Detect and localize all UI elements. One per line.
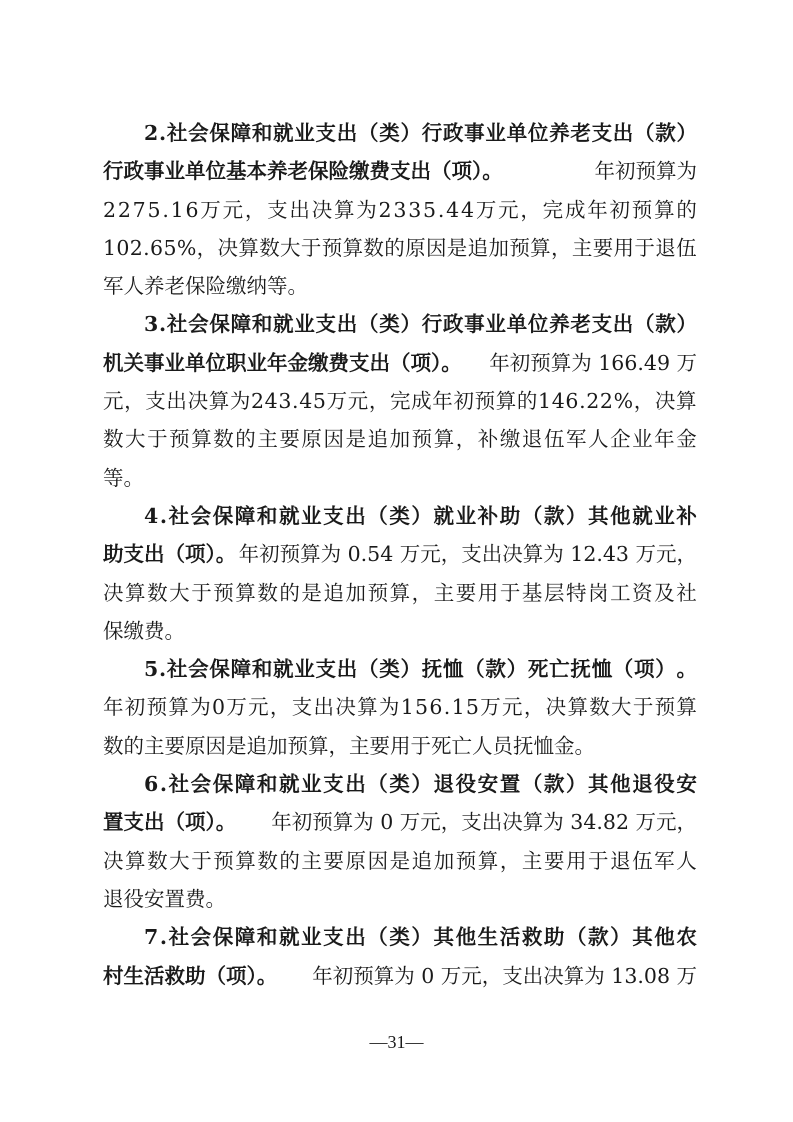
text-line: 2275.16万元，支出决算为2335.44万元，完成年初预算的: [103, 191, 697, 229]
body-text: 退役安置费。: [103, 880, 226, 918]
text-line: 102.65%，决算数大于预算数的原因是追加预算，主要用于退伍: [103, 229, 697, 267]
text-line: 2.社会保障和就业支出（类）行政事业单位养老支出（款）: [103, 114, 697, 152]
text-line: 5.社会保障和就业支出（类）抚恤（款）死亡抚恤（项）。: [103, 650, 697, 688]
text-line: 3.社会保障和就业支出（类）行政事业单位养老支出（款）: [103, 305, 697, 343]
body-text: 数的主要原因是追加预算，主要用于死亡人员抚恤金。: [103, 727, 595, 765]
text-line: 军人养老保险缴纳等。: [103, 267, 697, 305]
text-line: 行政事业单位基本养老保险缴费支出（项）。年初预算为: [103, 152, 697, 190]
body-text: 年初预算为 0.54 万元，支出决算为 12.43 万元，: [239, 535, 697, 573]
document-page: 2.社会保障和就业支出（类）行政事业单位养老支出（款） 行政事业单位基本养老保险…: [103, 114, 697, 995]
paragraph-item-5: 5.社会保障和就业支出（类）抚恤（款）死亡抚恤（项）。 年初预算为0万元，支出决…: [103, 650, 697, 765]
text-line: 数大于预算数的主要原因是追加预算，补缴退伍军人企业年金: [103, 420, 697, 458]
heading-text: 3.社会保障和就业支出（类）行政事业单位养老支出（款）: [144, 305, 697, 343]
heading-text: 4.社会保障和就业支出（类）就业补助（款）其他就业补: [144, 497, 697, 535]
heading-text: 2.社会保障和就业支出（类）行政事业单位养老支出（款）: [144, 114, 697, 152]
heading-text: 5.社会保障和就业支出（类）抚恤（款）死亡抚恤（项）。: [144, 650, 697, 688]
body-text: 年初预算为 0 万元，支出决算为 34.82 万元，: [271, 803, 697, 841]
text-line: 保缴费。: [103, 612, 697, 650]
body-text: 年初预算为0万元，支出决算为156.15万元，决算数大于预算: [103, 688, 697, 726]
body-text: 数大于预算数的主要原因是追加预算，补缴退伍军人企业年金: [103, 420, 697, 458]
heading-text: 助支出（项）。: [103, 535, 236, 573]
text-line: 4.社会保障和就业支出（类）就业补助（款）其他就业补: [103, 497, 697, 535]
paragraph-item-2: 2.社会保障和就业支出（类）行政事业单位养老支出（款） 行政事业单位基本养老保险…: [103, 114, 697, 305]
heading-text: 6.社会保障和就业支出（类）退役安置（款）其他退役安: [144, 765, 697, 803]
text-line: 决算数大于预算数的是追加预算，主要用于基层特岗工资及社: [103, 574, 697, 612]
body-text: 元，支出决算为243.45万元，完成年初预算的146.22%，决算: [103, 382, 697, 420]
text-line: 6.社会保障和就业支出（类）退役安置（款）其他退役安: [103, 765, 697, 803]
body-text: 年初预算为 166.49 万: [489, 344, 697, 382]
heading-text: 7.社会保障和就业支出（类）其他生活救助（款）其他农: [144, 918, 697, 956]
text-line: 村生活救助（项）。年初预算为 0 万元，支出决算为 13.08 万: [103, 957, 697, 995]
text-line: 7.社会保障和就业支出（类）其他生活救助（款）其他农: [103, 918, 697, 956]
text-line: 等。: [103, 459, 697, 497]
text-line: 助支出（项）。年初预算为 0.54 万元，支出决算为 12.43 万元，: [103, 535, 697, 573]
text-line: 机关事业单位职业年金缴费支出（项）。年初预算为 166.49 万: [103, 344, 697, 382]
text-line: 置支出（项）。年初预算为 0 万元，支出决算为 34.82 万元，: [103, 803, 697, 841]
heading-text: 村生活救助（项）。: [103, 957, 277, 995]
paragraph-item-6: 6.社会保障和就业支出（类）退役安置（款）其他退役安 置支出（项）。年初预算为 …: [103, 765, 697, 918]
heading-text: 置支出（项）。: [103, 803, 236, 841]
body-text: 决算数大于预算数的是追加预算，主要用于基层特岗工资及社: [103, 574, 697, 612]
paragraph-item-7: 7.社会保障和就业支出（类）其他生活救助（款）其他农 村生活救助（项）。年初预算…: [103, 918, 697, 995]
body-text: 年初预算为: [595, 152, 698, 190]
heading-text: 机关事业单位职业年金缴费支出（项）。: [103, 344, 462, 382]
text-line: 退役安置费。: [103, 880, 697, 918]
text-line: 元，支出决算为243.45万元，完成年初预算的146.22%，决算: [103, 382, 697, 420]
body-text: 军人养老保险缴纳等。: [103, 267, 308, 305]
body-text: 等。: [103, 459, 144, 497]
text-line: 年初预算为0万元，支出决算为156.15万元，决算数大于预算: [103, 688, 697, 726]
body-text: 102.65%，决算数大于预算数的原因是追加预算，主要用于退伍: [103, 229, 697, 267]
body-text: 2275.16万元，支出决算为2335.44万元，完成年初预算的: [103, 191, 697, 229]
body-text: 决算数大于预算数的主要原因是追加预算，主要用于退伍军人: [103, 842, 697, 880]
text-line: 数的主要原因是追加预算，主要用于死亡人员抚恤金。: [103, 727, 697, 765]
page-number: —31—: [0, 1032, 793, 1053]
text-line: 决算数大于预算数的主要原因是追加预算，主要用于退伍军人: [103, 842, 697, 880]
heading-text: 行政事业单位基本养老保险缴费支出（项）。: [103, 152, 503, 190]
body-text: 保缴费。: [103, 612, 185, 650]
paragraph-item-4: 4.社会保障和就业支出（类）就业补助（款）其他就业补 助支出（项）。年初预算为 …: [103, 497, 697, 650]
body-text: 年初预算为 0 万元，支出决算为 13.08 万: [312, 957, 697, 995]
paragraph-item-3: 3.社会保障和就业支出（类）行政事业单位养老支出（款） 机关事业单位职业年金缴费…: [103, 305, 697, 496]
